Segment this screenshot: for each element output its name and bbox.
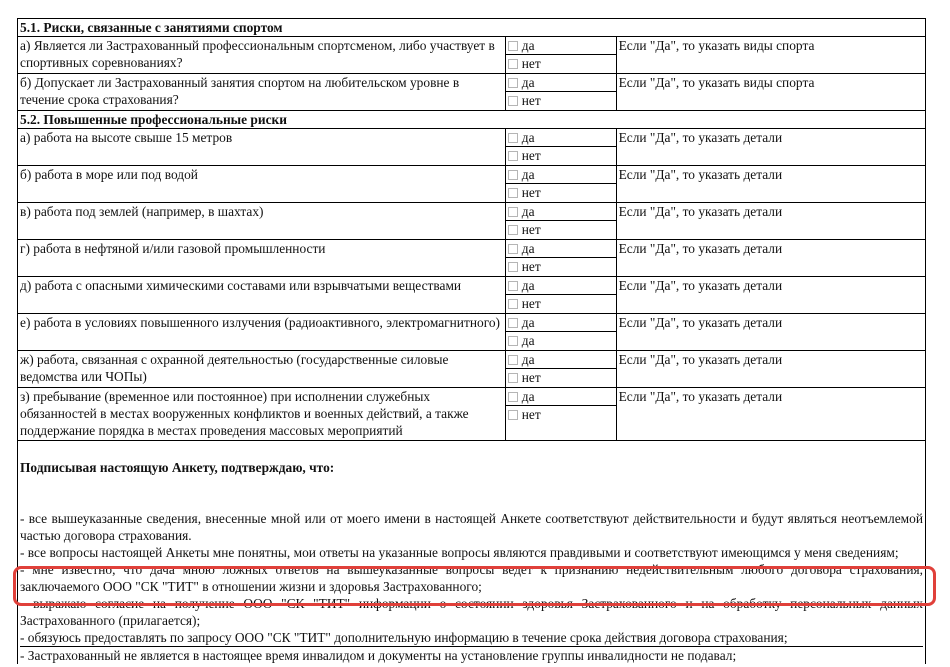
answer-options: данет bbox=[505, 351, 616, 388]
question-row: в) работа под землей (например, в шахтах… bbox=[18, 203, 926, 240]
details-field[interactable]: Если "Да", то указать детали bbox=[616, 388, 925, 441]
question-row: д) работа с опасными химическими состава… bbox=[18, 277, 926, 314]
confirmation-item: - обязуюсь предоставлять по запросу ООО … bbox=[20, 629, 923, 646]
answer-options: данет bbox=[505, 129, 616, 166]
section-header-sport: 5.1. Риски, связанные с занятиями спорто… bbox=[18, 19, 926, 37]
answer-options: данет bbox=[505, 388, 616, 441]
question-text: д) работа с опасными химическими состава… bbox=[18, 277, 506, 314]
checkbox-label: нет bbox=[522, 56, 541, 71]
question-text: з) пребывание (временное или постоянное)… bbox=[18, 388, 506, 441]
checkbox-label: нет bbox=[522, 296, 541, 311]
checkbox-label: да bbox=[522, 352, 535, 367]
checkbox-label: да bbox=[522, 38, 535, 53]
details-field[interactable]: Если "Да", то указать детали bbox=[616, 240, 925, 277]
section-title: 5.1. Риски, связанные с занятиями спорто… bbox=[18, 19, 926, 37]
section-header-professional: 5.2. Повышенные профессиональные риски bbox=[18, 111, 926, 129]
question-row: а) Является ли Застрахованный профессион… bbox=[18, 37, 926, 74]
checkbox-label: да bbox=[522, 204, 535, 219]
details-field[interactable]: Если "Да", то указать детали bbox=[616, 277, 925, 314]
checkbox-icon[interactable] bbox=[508, 318, 518, 328]
answer-checkbox-option[interactable]: да bbox=[506, 277, 616, 294]
answer-checkbox-option[interactable]: нет bbox=[506, 183, 616, 201]
question-text: в) работа под землей (например, в шахтах… bbox=[18, 203, 506, 240]
answer-checkbox-option[interactable]: нет bbox=[506, 54, 616, 72]
answer-options: данет bbox=[505, 74, 616, 111]
checkbox-icon[interactable] bbox=[508, 281, 518, 291]
answer-checkbox-option[interactable]: да bbox=[506, 37, 616, 54]
confirmation-item-highlighted: - мне известно, что дача мною ложных отв… bbox=[20, 561, 923, 595]
questionnaire-page: 5.1. Риски, связанные с занятиями спорто… bbox=[17, 18, 926, 664]
question-text: г) работа в нефтяной и/или газовой промы… bbox=[18, 240, 506, 277]
checkbox-label: да bbox=[522, 241, 535, 256]
details-field[interactable]: Если "Да", то указать детали bbox=[616, 166, 925, 203]
checkbox-icon[interactable] bbox=[508, 59, 518, 69]
answer-checkbox-option[interactable]: нет bbox=[506, 294, 616, 312]
details-field[interactable]: Если "Да", то указать виды спорта bbox=[616, 37, 925, 74]
answer-checkbox-option[interactable]: да bbox=[506, 331, 616, 349]
checkbox-label: нет bbox=[522, 93, 541, 108]
question-text: б) работа в море или под водой bbox=[18, 166, 506, 203]
checkbox-icon[interactable] bbox=[508, 170, 518, 180]
checkbox-label: да bbox=[522, 167, 535, 182]
checkbox-icon[interactable] bbox=[508, 355, 518, 365]
answer-checkbox-option[interactable]: да bbox=[506, 203, 616, 220]
answer-options: данет bbox=[505, 240, 616, 277]
details-field[interactable]: Если "Да", то указать виды спорта bbox=[616, 74, 925, 111]
checkbox-label: нет bbox=[522, 185, 541, 200]
checkbox-icon[interactable] bbox=[508, 392, 518, 402]
checkbox-icon[interactable] bbox=[508, 336, 518, 346]
answer-options: данет bbox=[505, 203, 616, 240]
checkbox-icon[interactable] bbox=[508, 262, 518, 272]
answer-checkbox-option[interactable]: нет bbox=[506, 368, 616, 386]
risk-questionnaire-table: 5.1. Риски, связанные с занятиями спорто… bbox=[17, 18, 926, 441]
details-field[interactable]: Если "Да", то указать детали bbox=[616, 129, 925, 166]
checkbox-icon[interactable] bbox=[508, 373, 518, 383]
checkbox-label: нет bbox=[522, 148, 541, 163]
checkbox-label: нет bbox=[522, 370, 541, 385]
question-text: ж) работа, связанная с охранной деятельн… bbox=[18, 351, 506, 388]
question-text: а) Является ли Застрахованный профессион… bbox=[18, 37, 506, 74]
confirmation-title: Подписывая настоящую Анкету, подтверждаю… bbox=[20, 441, 923, 476]
question-row: г) работа в нефтяной и/или газовой промы… bbox=[18, 240, 926, 277]
question-row: з) пребывание (временное или постоянное)… bbox=[18, 388, 926, 441]
answer-options: дада bbox=[505, 314, 616, 351]
answer-checkbox-option[interactable]: нет bbox=[506, 146, 616, 164]
answer-options: данет bbox=[505, 37, 616, 74]
question-row: б) работа в море или под водойданетЕсли … bbox=[18, 166, 926, 203]
answer-checkbox-option[interactable]: да bbox=[506, 166, 616, 183]
question-text: б) Допускает ли Застрахованный занятия с… bbox=[18, 74, 506, 111]
answer-checkbox-option[interactable]: да bbox=[506, 74, 616, 91]
checkbox-label: да bbox=[522, 130, 535, 145]
checkbox-label: нет bbox=[522, 222, 541, 237]
checkbox-label: да bbox=[522, 315, 535, 330]
details-field[interactable]: Если "Да", то указать детали bbox=[616, 351, 925, 388]
section-title: 5.2. Повышенные профессиональные риски bbox=[18, 111, 926, 129]
question-text: е) работа в условиях повышенного излучен… bbox=[18, 314, 506, 351]
checkbox-icon[interactable] bbox=[508, 133, 518, 143]
question-row: ж) работа, связанная с охранной деятельн… bbox=[18, 351, 926, 388]
answer-checkbox-option[interactable]: да bbox=[506, 388, 616, 405]
confirmation-item: - Застрахованный не является в настоящее… bbox=[20, 646, 923, 664]
checkbox-icon[interactable] bbox=[508, 41, 518, 51]
answer-checkbox-option[interactable]: нет bbox=[506, 405, 616, 423]
checkbox-label: да bbox=[522, 389, 535, 404]
checkbox-label: нет bbox=[522, 259, 541, 274]
checkbox-icon[interactable] bbox=[508, 410, 518, 420]
answer-checkbox-option[interactable]: нет bbox=[506, 91, 616, 109]
checkbox-icon[interactable] bbox=[508, 299, 518, 309]
checkbox-icon[interactable] bbox=[508, 244, 518, 254]
answer-options: данет bbox=[505, 277, 616, 314]
checkbox-label: нет bbox=[522, 407, 541, 422]
question-row: б) Допускает ли Застрахованный занятия с… bbox=[18, 74, 926, 111]
checkbox-icon[interactable] bbox=[508, 96, 518, 106]
answer-checkbox-option[interactable]: да bbox=[506, 240, 616, 257]
details-field[interactable]: Если "Да", то указать детали bbox=[616, 203, 925, 240]
checkbox-icon[interactable] bbox=[508, 207, 518, 217]
question-row: а) работа на высоте свыше 15 метровданет… bbox=[18, 129, 926, 166]
question-text: а) работа на высоте свыше 15 метров bbox=[18, 129, 506, 166]
checkbox-icon[interactable] bbox=[508, 225, 518, 235]
checkbox-label: да bbox=[522, 75, 535, 90]
confirmation-block: Подписывая настоящую Анкету, подтверждаю… bbox=[17, 441, 926, 664]
checkbox-label: да bbox=[522, 333, 535, 348]
answer-checkbox-option[interactable]: да bbox=[506, 351, 616, 368]
answer-checkbox-option[interactable]: нет bbox=[506, 257, 616, 275]
checkbox-icon[interactable] bbox=[508, 78, 518, 88]
confirmation-item: - все вышеуказанные сведения, внесенные … bbox=[20, 510, 923, 544]
confirmation-item: - все вопросы настоящей Анкеты мне понят… bbox=[20, 544, 923, 561]
checkbox-label: да bbox=[522, 278, 535, 293]
question-row: е) работа в условиях повышенного излучен… bbox=[18, 314, 926, 351]
details-field[interactable]: Если "Да", то указать детали bbox=[616, 314, 925, 351]
answer-checkbox-option[interactable]: да bbox=[506, 129, 616, 146]
answer-checkbox-option[interactable]: да bbox=[506, 314, 616, 331]
answer-options: данет bbox=[505, 166, 616, 203]
confirmation-item: - выражаю согласие на получение ООО "СК … bbox=[20, 595, 923, 629]
answer-checkbox-option[interactable]: нет bbox=[506, 220, 616, 238]
checkbox-icon[interactable] bbox=[508, 151, 518, 161]
checkbox-icon[interactable] bbox=[508, 188, 518, 198]
